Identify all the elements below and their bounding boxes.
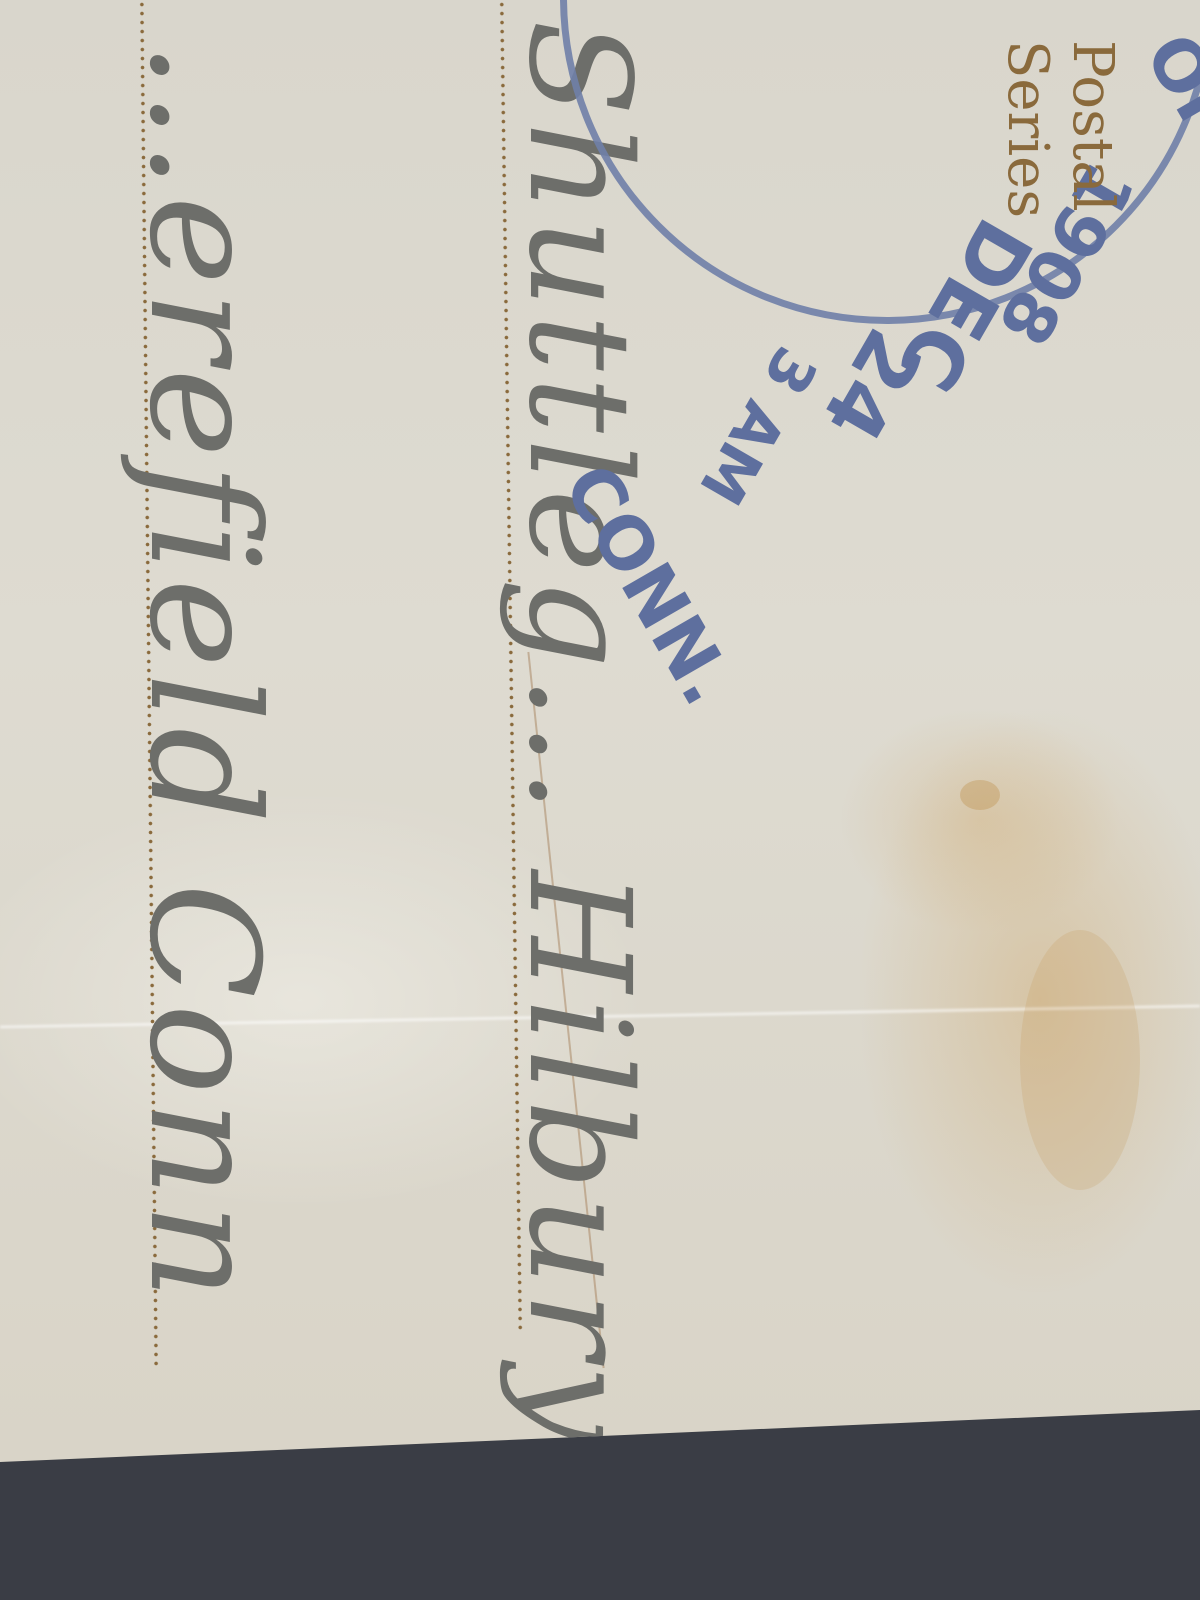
printed-word-series: Series <box>995 40 1060 218</box>
envelope-paper: …erefield Conn Shuttleg… Hilbury OFF 190… <box>0 0 1200 1600</box>
handwritten-address-line-1: …erefield Conn <box>116 40 290 1305</box>
printed-word-postal: Postal <box>1060 40 1125 212</box>
stain <box>1020 930 1140 1190</box>
handwritten-address-line-2: Shuttleg… Hilbury <box>497 20 660 1450</box>
postmark-time: 3 AM <box>685 335 830 516</box>
stain <box>960 780 1000 810</box>
